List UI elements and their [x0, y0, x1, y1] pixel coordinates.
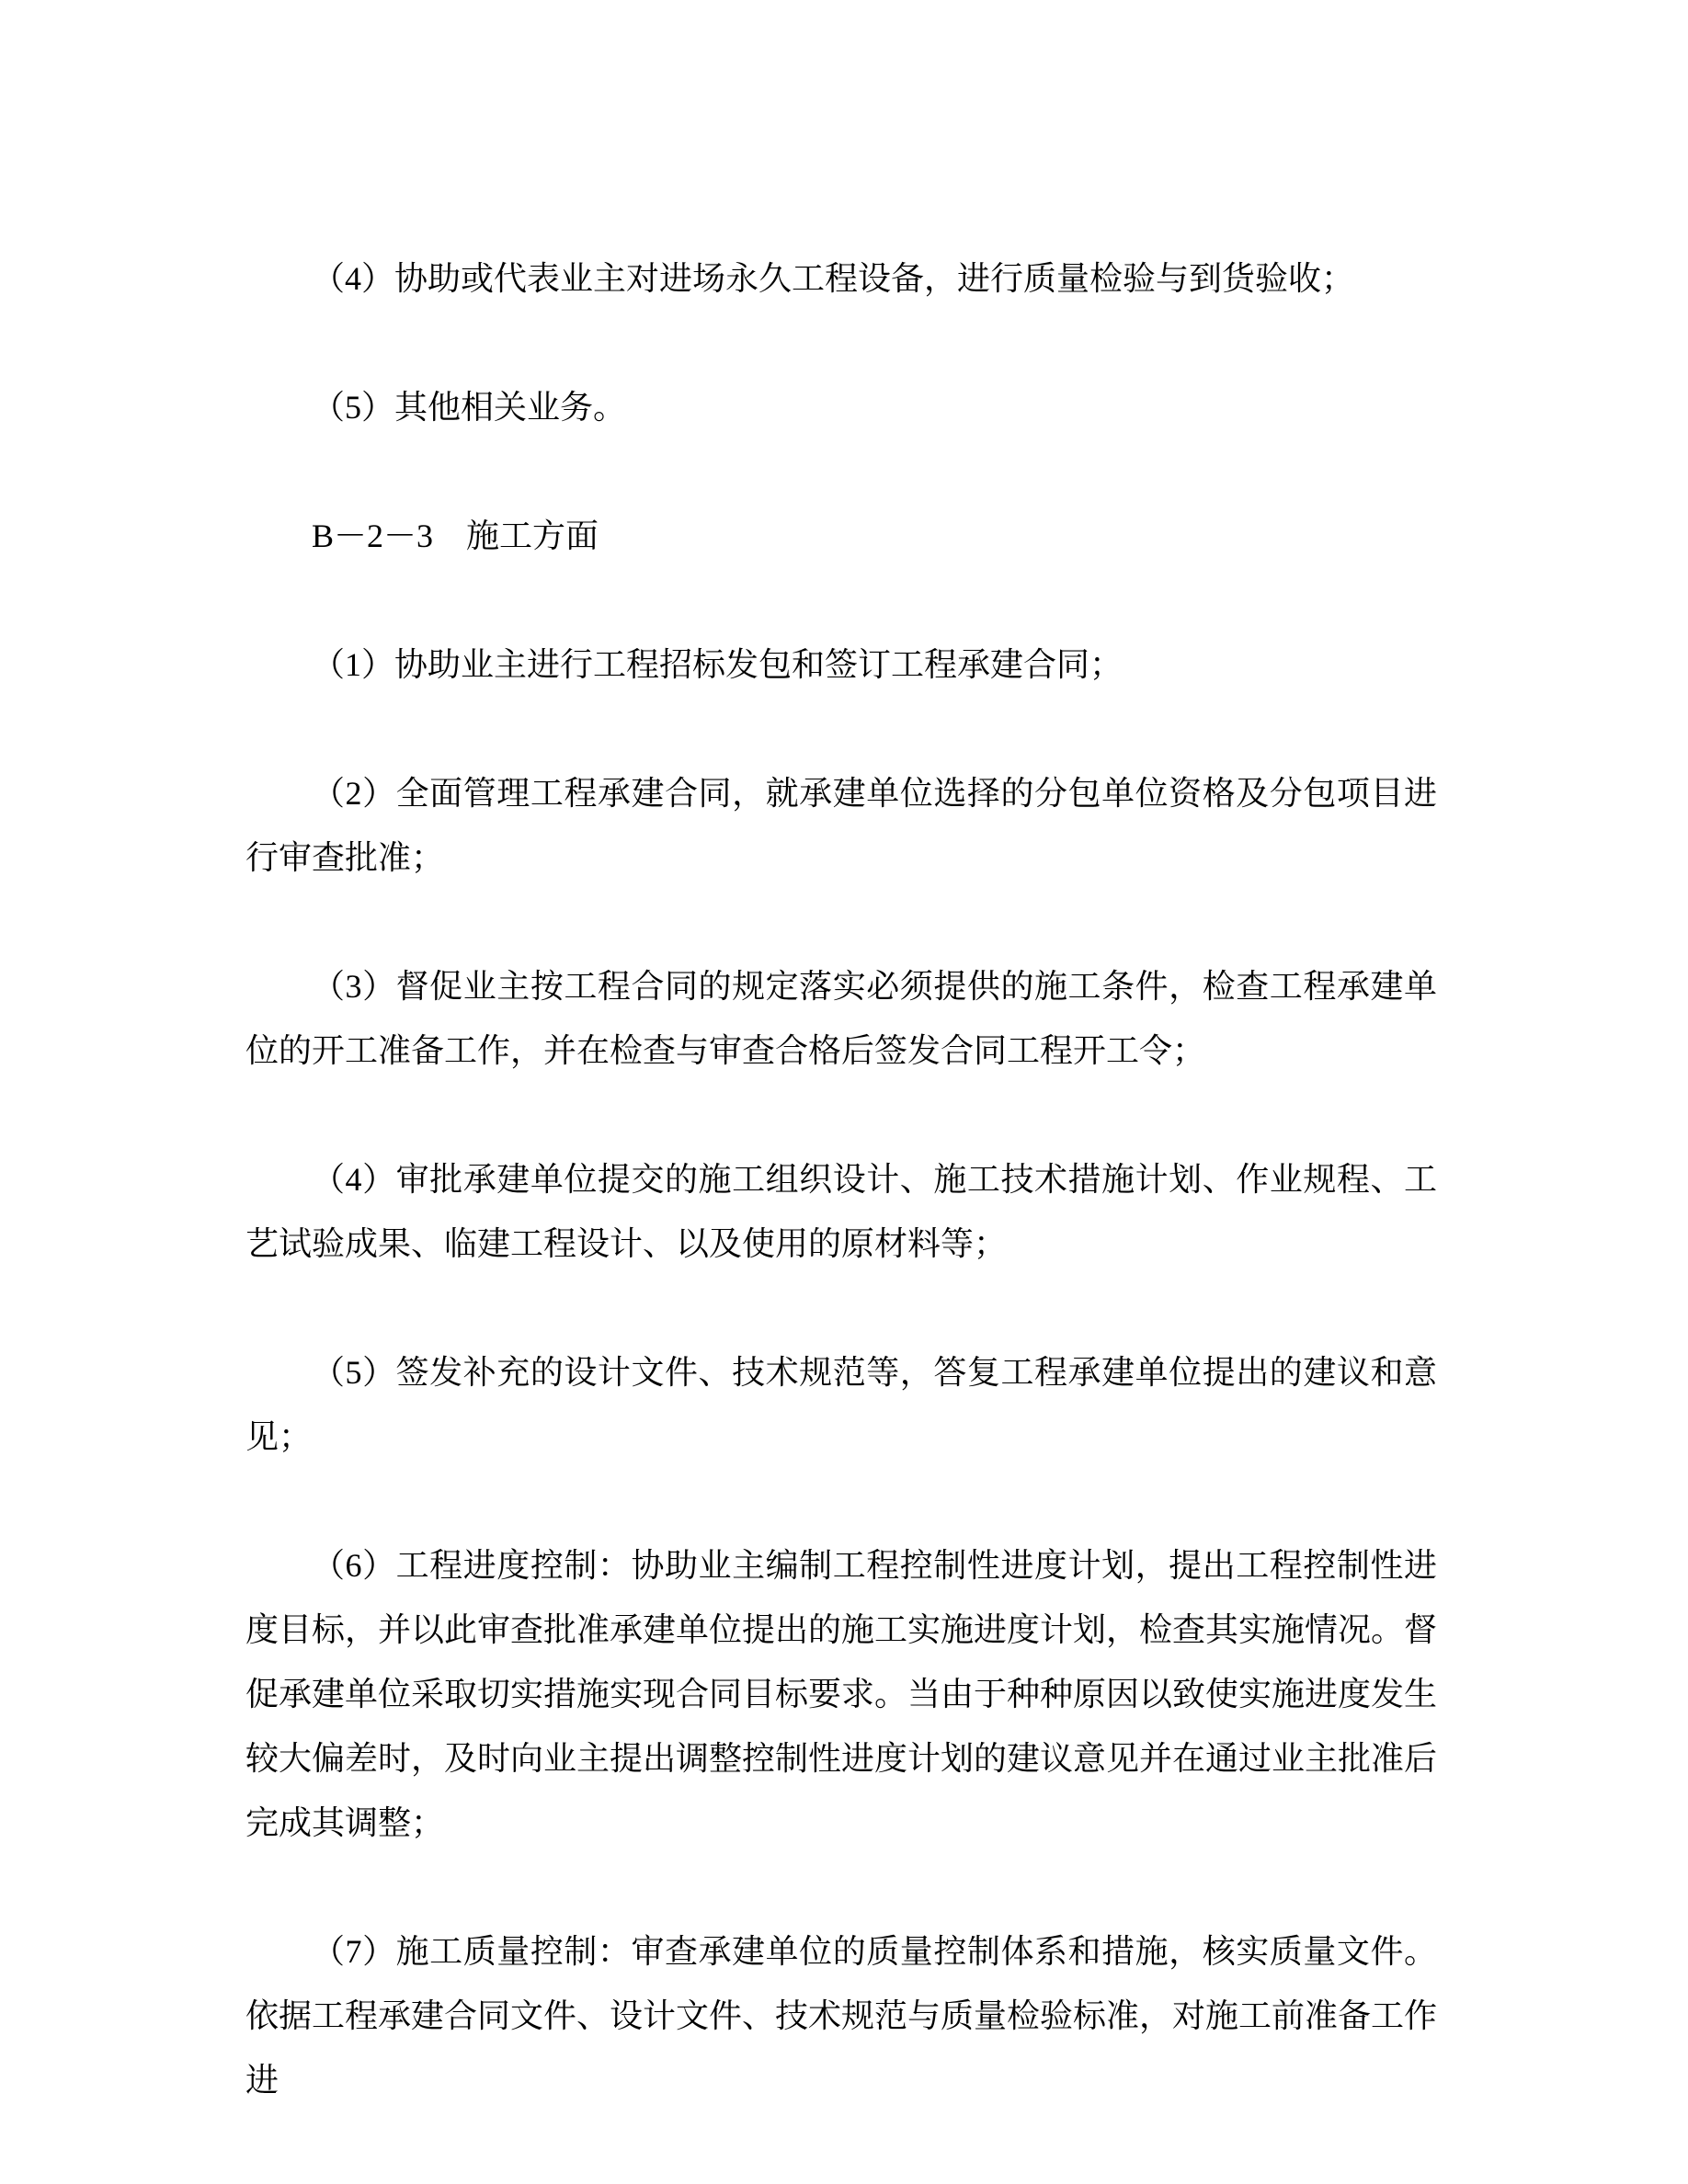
paragraph: （6）工程进度控制：协助业主编制工程控制性进度计划，提出工程控制性进度目标，并以…: [245, 1533, 1437, 1855]
paragraph: （5）其他相关业务。: [245, 375, 1437, 439]
paragraph: （7）施工质量控制：审查承建单位的质量控制体系和措施，核实质量文件。依据工程承建…: [245, 1919, 1437, 2112]
document-content: （4）协助或代表业主对进场永久工程设备，进行质量检验与到货验收；（5）其他相关业…: [245, 246, 1437, 2112]
document-page: （4）协助或代表业主对进场永久工程设备，进行质量检验与到货验收；（5）其他相关业…: [0, 0, 1688, 2184]
paragraph: （2）全面管理工程承建合同，就承建单位选择的分包单位资格及分包项目进行审查批准；: [245, 761, 1437, 890]
paragraph: （4）协助或代表业主对进场永久工程设备，进行质量检验与到货验收；: [245, 246, 1437, 311]
section-heading: B－2－3 施工方面: [245, 504, 1437, 568]
paragraph: （3）督促业主按工程合同的规定落实必须提供的施工条件，检查工程承建单位的开工准备…: [245, 954, 1437, 1083]
paragraph: （1）协助业主进行工程招标发包和签订工程承建合同；: [245, 632, 1437, 697]
paragraph: （4）审批承建单位提交的施工组织设计、施工技术措施计划、作业规程、工艺试验成果、…: [245, 1147, 1437, 1276]
paragraph: （5）签发补充的设计文件、技术规范等，答复工程承建单位提出的建议和意见；: [245, 1340, 1437, 1469]
